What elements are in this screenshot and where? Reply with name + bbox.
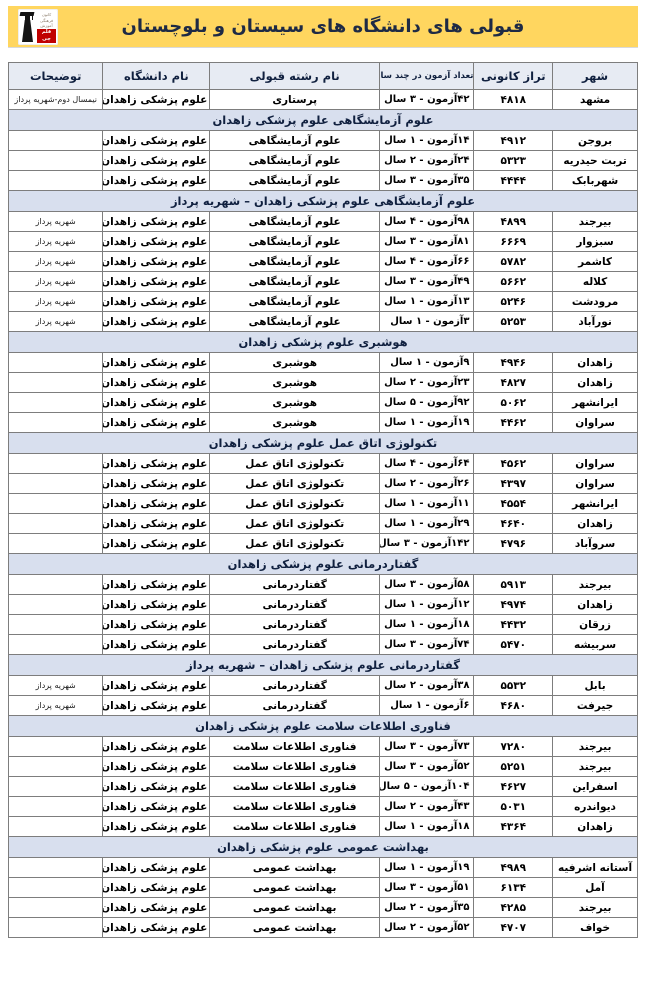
cell-university: علوم پزشکی زاهدان	[103, 918, 210, 938]
cell-city: بیرجند	[553, 757, 638, 777]
cell-note	[9, 797, 103, 817]
cell-exams: ۴۲آزمون - ۳ سال	[380, 90, 474, 110]
cell-city: آمل	[553, 878, 638, 898]
cell-note	[9, 454, 103, 474]
cell-university: علوم پزشکی زاهدان	[103, 757, 210, 777]
cell-score: ۵۷۸۲	[474, 252, 553, 272]
cell-exams: ۲۶آزمون - ۲ سال	[380, 474, 474, 494]
cell-major: فناوری اطلاعات سلامت	[210, 817, 380, 837]
section-title: تکنولوژی اتاق عمل علوم پزشکی زاهدان	[9, 433, 638, 454]
cell-city: نورآباد	[553, 312, 638, 332]
cell-note	[9, 595, 103, 615]
cell-major: بهداشت عمومی	[210, 878, 380, 898]
cell-major: علوم آزمایشگاهی	[210, 312, 380, 332]
cell-score: ۴۷۹۶	[474, 534, 553, 554]
column-header: تعداد آزمون در چند سال	[380, 63, 474, 90]
section-header-row: گفتاردرمانی علوم پزشکی زاهدان – شهریه پر…	[9, 655, 638, 676]
table-row: خواف۴۷۰۷۵۲آزمون - ۲ سالبهداشت عمومیعلوم …	[9, 918, 638, 938]
graduate-icon	[20, 11, 35, 43]
table-row: زاهدان۴۶۴۰۲۹آزمون - ۱ سالتکنولوژی اتاق ع…	[9, 514, 638, 534]
cell-exams: ۱۹آزمون - ۱ سال	[380, 413, 474, 433]
cell-major: علوم آزمایشگاهی	[210, 171, 380, 191]
cell-exams: ۸۱آزمون - ۳ سال	[380, 232, 474, 252]
cell-note	[9, 817, 103, 837]
section-title: گفتاردرمانی علوم پزشکی زاهدان	[9, 554, 638, 575]
cell-city: بیرجند	[553, 898, 638, 918]
cell-university: علوم پزشکی زاهدان	[103, 797, 210, 817]
table-row: کلاله۵۶۶۲۴۹آزمون - ۳ سالعلوم آزمایشگاهیع…	[9, 272, 638, 292]
table-row: شهربابک۴۴۴۴۳۵آزمون - ۳ سالعلوم آزمایشگاه…	[9, 171, 638, 191]
cell-major: فناوری اطلاعات سلامت	[210, 777, 380, 797]
cell-score: ۷۲۸۰	[474, 737, 553, 757]
cell-university: علوم پزشکی زاهدان	[103, 413, 210, 433]
cell-exams: ۶آزمون - ۱ سال	[380, 696, 474, 716]
cell-university: علوم پزشکی زاهدان	[103, 151, 210, 171]
cell-note	[9, 575, 103, 595]
cell-city: بابل	[553, 676, 638, 696]
cell-city: سراوان	[553, 474, 638, 494]
cell-note	[9, 373, 103, 393]
cell-note	[9, 777, 103, 797]
cell-note	[9, 413, 103, 433]
section-header-row: هوشبری علوم پزشکی زاهدان	[9, 332, 638, 353]
cell-major: علوم آزمایشگاهی	[210, 151, 380, 171]
cell-exams: ۱۰۴آزمون - ۵ سال	[380, 777, 474, 797]
cell-city: کلاله	[553, 272, 638, 292]
cell-city: زاهدان	[553, 514, 638, 534]
logo-text-red: قلم چی	[37, 29, 56, 43]
cell-city: زاهدان	[553, 373, 638, 393]
cell-note: شهریه پرداز	[9, 696, 103, 716]
cell-score: ۶۶۶۹	[474, 232, 553, 252]
kanoon-logo: کانون فرهنگی آموزش قلم چی	[18, 9, 58, 45]
cell-exams: ۵۱آزمون - ۳ سال	[380, 878, 474, 898]
table-row: سربیشه۵۴۷۰۷۴آزمون - ۳ سالگفتاردرمانیعلوم…	[9, 635, 638, 655]
cell-university: علوم پزشکی زاهدان	[103, 534, 210, 554]
cell-city: زاهدان	[553, 353, 638, 373]
cell-city: بروجن	[553, 131, 638, 151]
cell-university: علوم پزشکی زاهدان	[103, 353, 210, 373]
cell-score: ۴۴۳۲	[474, 615, 553, 635]
cell-university: علوم پزشکی زاهدان	[103, 494, 210, 514]
cell-major: پرستاری	[210, 90, 380, 110]
table-row: سراوان۴۴۶۲۱۹آزمون - ۱ سالهوشبریعلوم پزشک…	[9, 413, 638, 433]
cell-city: ایرانشهر	[553, 494, 638, 514]
cell-note	[9, 635, 103, 655]
cell-note	[9, 898, 103, 918]
cell-university: علوم پزشکی زاهدان	[103, 373, 210, 393]
cell-major: گفتاردرمانی	[210, 615, 380, 635]
page: کانون فرهنگی آموزش قلم چی قبولی های دانش…	[8, 6, 638, 938]
cell-city: سراوان	[553, 454, 638, 474]
cell-city: ایرانشهر	[553, 393, 638, 413]
page-title: قبولی های دانشگاه های سیستان و بلوچستان	[122, 16, 525, 37]
cell-exams: ۱۴۲آزمون - ۳ سال	[380, 534, 474, 554]
table-row: دیواندره۵۰۳۱۴۳آزمون - ۲ سالفناوری اطلاعا…	[9, 797, 638, 817]
cell-university: علوم پزشکی زاهدان	[103, 252, 210, 272]
cell-exams: ۳۵آزمون - ۳ سال	[380, 171, 474, 191]
cell-score: ۴۹۱۲	[474, 131, 553, 151]
cell-city: سراوان	[553, 413, 638, 433]
cell-score: ۴۸۲۷	[474, 373, 553, 393]
cell-university: علوم پزشکی زاهدان	[103, 696, 210, 716]
cell-exams: ۹۲آزمون - ۵ سال	[380, 393, 474, 413]
table-row: بیرجند۴۸۹۹۹۸آزمون - ۴ سالعلوم آزمایشگاهی…	[9, 212, 638, 232]
cell-score: ۵۰۶۲	[474, 393, 553, 413]
table-row: نورآباد۵۲۵۳۳آزمون - ۱ سالعلوم آزمایشگاهی…	[9, 312, 638, 332]
table-header-row: شهرتراز کانونیتعداد آزمون در چند سالنام …	[9, 63, 638, 90]
table-row: زاهدان۴۳۶۴۱۸آزمون - ۱ سالفناوری اطلاعات …	[9, 817, 638, 837]
cell-major: هوشبری	[210, 353, 380, 373]
section-header-row: فناوری اطلاعات سلامت علوم پزشکی زاهدان	[9, 716, 638, 737]
cell-score: ۴۹۴۶	[474, 353, 553, 373]
table-wrap: شهرتراز کانونیتعداد آزمون در چند سالنام …	[8, 62, 638, 938]
cell-note	[9, 151, 103, 171]
cell-note: شهریه پرداز	[9, 292, 103, 312]
cell-score: ۴۳۹۷	[474, 474, 553, 494]
table-row: اسفراین۴۶۲۷۱۰۴آزمون - ۵ سالفناوری اطلاعا…	[9, 777, 638, 797]
cell-major: هوشبری	[210, 413, 380, 433]
cell-major: هوشبری	[210, 393, 380, 413]
column-header: توضیحات	[9, 63, 103, 90]
section-title: فناوری اطلاعات سلامت علوم پزشکی زاهدان	[9, 716, 638, 737]
table-row: کاشمر۵۷۸۲۶۶آزمون - ۴ سالعلوم آزمایشگاهیع…	[9, 252, 638, 272]
cell-score: ۴۵۶۲	[474, 454, 553, 474]
cell-city: زاهدان	[553, 817, 638, 837]
cell-exams: ۵۲آزمون - ۳ سال	[380, 757, 474, 777]
cell-note	[9, 858, 103, 878]
cell-score: ۴۸۹۹	[474, 212, 553, 232]
cell-city: کاشمر	[553, 252, 638, 272]
cell-university: علوم پزشکی زاهدان	[103, 737, 210, 757]
cell-exams: ۱۴آزمون - ۱ سال	[380, 131, 474, 151]
cell-note	[9, 353, 103, 373]
cell-city: زاهدان	[553, 595, 638, 615]
table-row: سراوان۴۳۹۷۲۶آزمون - ۲ سالتکنولوژی اتاق ع…	[9, 474, 638, 494]
cell-university: علوم پزشکی زاهدان	[103, 858, 210, 878]
cell-note	[9, 757, 103, 777]
cell-score: ۵۳۲۳	[474, 151, 553, 171]
section-title: گفتاردرمانی علوم پزشکی زاهدان – شهریه پر…	[9, 655, 638, 676]
cell-note	[9, 918, 103, 938]
cell-major: هوشبری	[210, 373, 380, 393]
cell-university: علوم پزشکی زاهدان	[103, 272, 210, 292]
cell-score: ۴۸۱۸	[474, 90, 553, 110]
cell-major: علوم آزمایشگاهی	[210, 232, 380, 252]
cell-score: ۵۲۵۱	[474, 757, 553, 777]
table-row: بیرجند۷۲۸۰۷۳آزمون - ۳ سالفناوری اطلاعات …	[9, 737, 638, 757]
cell-exams: ۶۴آزمون - ۴ سال	[380, 454, 474, 474]
table-row: مرودشت۵۲۴۶۱۳آزمون - ۱ سالعلوم آزمایشگاهی…	[9, 292, 638, 312]
cell-city: خواف	[553, 918, 638, 938]
cell-university: علوم پزشکی زاهدان	[103, 292, 210, 312]
cell-university: علوم پزشکی زاهدان	[103, 595, 210, 615]
cell-major: تکنولوژی اتاق عمل	[210, 514, 380, 534]
cell-city: بیرجند	[553, 575, 638, 595]
cell-university: علوم پزشکی زاهدان	[103, 898, 210, 918]
cell-major: علوم آزمایشگاهی	[210, 131, 380, 151]
cell-major: فناوری اطلاعات سلامت	[210, 737, 380, 757]
cell-exams: ۵۲آزمون - ۲ سال	[380, 918, 474, 938]
cell-note: شهریه پرداز	[9, 272, 103, 292]
cell-note: نیمسال دوم-شهریه پرداز	[9, 90, 103, 110]
cell-score: ۵۶۶۲	[474, 272, 553, 292]
table-row: سروآباد۴۷۹۶۱۴۲آزمون - ۳ سالتکنولوژی اتاق…	[9, 534, 638, 554]
cell-exams: ۳۸آزمون - ۲ سال	[380, 676, 474, 696]
table-row: سبزوار۶۶۶۹۸۱آزمون - ۳ سالعلوم آزمایشگاهی…	[9, 232, 638, 252]
cell-exams: ۲۳آزمون - ۲ سال	[380, 373, 474, 393]
cell-university: علوم پزشکی زاهدان	[103, 575, 210, 595]
cell-note	[9, 494, 103, 514]
cell-score: ۵۹۱۳	[474, 575, 553, 595]
logo-text: کانون فرهنگی آموزش	[37, 12, 56, 28]
cell-exams: ۱۳آزمون - ۱ سال	[380, 292, 474, 312]
cell-score: ۶۱۳۴	[474, 878, 553, 898]
cell-major: گفتاردرمانی	[210, 676, 380, 696]
cell-city: شهربابک	[553, 171, 638, 191]
cell-city: سربیشه	[553, 635, 638, 655]
table-row: سراوان۴۵۶۲۶۴آزمون - ۴ سالتکنولوژی اتاق ع…	[9, 454, 638, 474]
cell-note	[9, 737, 103, 757]
cell-score: ۴۶۲۷	[474, 777, 553, 797]
cell-university: علوم پزشکی زاهدان	[103, 676, 210, 696]
cell-score: ۵۵۳۲	[474, 676, 553, 696]
cell-note	[9, 171, 103, 191]
cell-exams: ۳۵آزمون - ۲ سال	[380, 898, 474, 918]
cell-major: علوم آزمایشگاهی	[210, 292, 380, 312]
cell-university: علوم پزشکی زاهدان	[103, 393, 210, 413]
table-row: بروجن۴۹۱۲۱۴آزمون - ۱ سالعلوم آزمایشگاهیع…	[9, 131, 638, 151]
table-row: زاهدان۴۸۲۷۲۳آزمون - ۲ سالهوشبریعلوم پزشک…	[9, 373, 638, 393]
cell-university: علوم پزشکی زاهدان	[103, 232, 210, 252]
cell-university: علوم پزشکی زاهدان	[103, 474, 210, 494]
cell-score: ۵۰۳۱	[474, 797, 553, 817]
table-row: زاهدان۴۹۷۴۱۲آزمون - ۱ سالگفتاردرمانیعلوم…	[9, 595, 638, 615]
cell-exams: ۱۹آزمون - ۱ سال	[380, 858, 474, 878]
cell-exams: ۹آزمون - ۱ سال	[380, 353, 474, 373]
cell-city: بیرجند	[553, 737, 638, 757]
cell-exams: ۶۶آزمون - ۴ سال	[380, 252, 474, 272]
table-row: آمل۶۱۳۴۵۱آزمون - ۳ سالبهداشت عمومیعلوم پ…	[9, 878, 638, 898]
cell-university: علوم پزشکی زاهدان	[103, 90, 210, 110]
table-row: زرقان۴۴۳۲۱۸آزمون - ۱ سالگفتاردرمانیعلوم …	[9, 615, 638, 635]
cell-score: ۴۹۸۹	[474, 858, 553, 878]
cell-score: ۴۶۸۰	[474, 696, 553, 716]
cell-exams: ۱۱آزمون - ۱ سال	[380, 494, 474, 514]
cell-city: اسفراین	[553, 777, 638, 797]
cell-university: علوم پزشکی زاهدان	[103, 171, 210, 191]
column-header: شهر	[553, 63, 638, 90]
cell-note: شهریه پرداز	[9, 252, 103, 272]
section-header-row: بهداشت عمومی علوم پزشکی زاهدان	[9, 837, 638, 858]
cell-note: شهریه پرداز	[9, 676, 103, 696]
table-body: مشهد۴۸۱۸۴۲آزمون - ۳ سالپرستاریعلوم پزشکی…	[9, 90, 638, 938]
cell-city: بیرجند	[553, 212, 638, 232]
table-row: جیرفت۴۶۸۰۶آزمون - ۱ سالگفتاردرمانیعلوم پ…	[9, 696, 638, 716]
cell-score: ۴۵۵۴	[474, 494, 553, 514]
cell-exams: ۲۴آزمون - ۲ سال	[380, 151, 474, 171]
table-row: ایرانشهر۵۰۶۲۹۲آزمون - ۵ سالهوشبریعلوم پز…	[9, 393, 638, 413]
cell-note: شهریه پرداز	[9, 212, 103, 232]
cell-university: علوم پزشکی زاهدان	[103, 635, 210, 655]
cell-major: گفتاردرمانی	[210, 575, 380, 595]
cell-exams: ۳آزمون - ۱ سال	[380, 312, 474, 332]
cell-university: علوم پزشکی زاهدان	[103, 878, 210, 898]
cell-exams: ۹۸آزمون - ۴ سال	[380, 212, 474, 232]
cell-university: علوم پزشکی زاهدان	[103, 817, 210, 837]
cell-city: مرودشت	[553, 292, 638, 312]
cell-exams: ۷۴آزمون - ۳ سال	[380, 635, 474, 655]
cell-major: علوم آزمایشگاهی	[210, 252, 380, 272]
cell-score: ۵۲۴۶	[474, 292, 553, 312]
column-header: تراز کانونی	[474, 63, 553, 90]
section-title: هوشبری علوم پزشکی زاهدان	[9, 332, 638, 353]
cell-score: ۴۴۶۲	[474, 413, 553, 433]
section-header-row: علوم آزمایشگاهی علوم پزشکی زاهدان	[9, 110, 638, 131]
cell-note	[9, 393, 103, 413]
cell-exams: ۱۸آزمون - ۱ سال	[380, 615, 474, 635]
cell-major: بهداشت عمومی	[210, 858, 380, 878]
cell-score: ۴۹۷۴	[474, 595, 553, 615]
section-header-row: تکنولوژی اتاق عمل علوم پزشکی زاهدان	[9, 433, 638, 454]
cell-city: آستانه اشرفیه	[553, 858, 638, 878]
cell-major: تکنولوژی اتاق عمل	[210, 534, 380, 554]
cell-city: جیرفت	[553, 696, 638, 716]
section-header-row: علوم آزمایشگاهی علوم پزشکی زاهدان – شهری…	[9, 191, 638, 212]
table-row: ایرانشهر۴۵۵۴۱۱آزمون - ۱ سالتکنولوژی اتاق…	[9, 494, 638, 514]
table-row: بیرجند۵۹۱۳۵۸آزمون - ۳ سالگفتاردرمانیعلوم…	[9, 575, 638, 595]
cell-note	[9, 474, 103, 494]
cell-score: ۴۶۴۰	[474, 514, 553, 534]
cell-exams: ۱۸آزمون - ۱ سال	[380, 817, 474, 837]
cell-city: مشهد	[553, 90, 638, 110]
cell-university: علوم پزشکی زاهدان	[103, 131, 210, 151]
cell-note	[9, 131, 103, 151]
cell-score: ۵۲۵۳	[474, 312, 553, 332]
cell-university: علوم پزشکی زاهدان	[103, 212, 210, 232]
section-title: علوم آزمایشگاهی علوم پزشکی زاهدان	[9, 110, 638, 131]
cell-major: گفتاردرمانی	[210, 635, 380, 655]
cell-note: شهریه پرداز	[9, 312, 103, 332]
cell-major: بهداشت عمومی	[210, 898, 380, 918]
cell-score: ۴۳۶۴	[474, 817, 553, 837]
table-row: بیرجند۴۲۸۵۳۵آزمون - ۲ سالبهداشت عمومیعلو…	[9, 898, 638, 918]
cell-university: علوم پزشکی زاهدان	[103, 312, 210, 332]
table-row: بیرجند۵۲۵۱۵۲آزمون - ۳ سالفناوری اطلاعات …	[9, 757, 638, 777]
cell-university: علوم پزشکی زاهدان	[103, 615, 210, 635]
cell-exams: ۱۲آزمون - ۱ سال	[380, 595, 474, 615]
cell-major: علوم آزمایشگاهی	[210, 272, 380, 292]
cell-score: ۴۴۴۴	[474, 171, 553, 191]
cell-university: علوم پزشکی زاهدان	[103, 777, 210, 797]
cell-note	[9, 878, 103, 898]
cell-note	[9, 534, 103, 554]
cell-city: تربت حیدریه	[553, 151, 638, 171]
cell-major: تکنولوژی اتاق عمل	[210, 454, 380, 474]
section-header-row: گفتاردرمانی علوم پزشکی زاهدان	[9, 554, 638, 575]
table-row: بابل۵۵۳۲۳۸آزمون - ۲ سالگفتاردرمانیعلوم پ…	[9, 676, 638, 696]
cell-city: دیواندره	[553, 797, 638, 817]
cell-city: سروآباد	[553, 534, 638, 554]
table-row: زاهدان۴۹۴۶۹آزمون - ۱ سالهوشبریعلوم پزشکی…	[9, 353, 638, 373]
cell-note	[9, 615, 103, 635]
column-header: نام دانشگاه	[103, 63, 210, 90]
cell-exams: ۴۳آزمون - ۲ سال	[380, 797, 474, 817]
cell-major: فناوری اطلاعات سلامت	[210, 797, 380, 817]
cell-major: فناوری اطلاعات سلامت	[210, 757, 380, 777]
cell-university: علوم پزشکی زاهدان	[103, 454, 210, 474]
cell-exams: ۷۳آزمون - ۳ سال	[380, 737, 474, 757]
title-banner: کانون فرهنگی آموزش قلم چی قبولی های دانش…	[8, 6, 638, 48]
cell-score: ۵۴۷۰	[474, 635, 553, 655]
cell-major: تکنولوژی اتاق عمل	[210, 474, 380, 494]
cell-score: ۴۷۰۷	[474, 918, 553, 938]
cell-city: زرقان	[553, 615, 638, 635]
cell-note: شهریه پرداز	[9, 232, 103, 252]
cell-major: گفتاردرمانی	[210, 595, 380, 615]
table-row: مشهد۴۸۱۸۴۲آزمون - ۳ سالپرستاریعلوم پزشکی…	[9, 90, 638, 110]
cell-score: ۴۲۸۵	[474, 898, 553, 918]
cell-major: بهداشت عمومی	[210, 918, 380, 938]
cell-note	[9, 514, 103, 534]
cell-exams: ۲۹آزمون - ۱ سال	[380, 514, 474, 534]
cell-university: علوم پزشکی زاهدان	[103, 514, 210, 534]
section-title: بهداشت عمومی علوم پزشکی زاهدان	[9, 837, 638, 858]
cell-exams: ۵۸آزمون - ۳ سال	[380, 575, 474, 595]
cell-major: گفتاردرمانی	[210, 696, 380, 716]
logo-text-block: کانون فرهنگی آموزش قلم چی	[37, 11, 56, 43]
section-title: علوم آزمایشگاهی علوم پزشکی زاهدان – شهری…	[9, 191, 638, 212]
results-table: شهرتراز کانونیتعداد آزمون در چند سالنام …	[8, 62, 638, 938]
table-row: آستانه اشرفیه۴۹۸۹۱۹آزمون - ۱ سالبهداشت ع…	[9, 858, 638, 878]
cell-major: علوم آزمایشگاهی	[210, 212, 380, 232]
cell-major: تکنولوژی اتاق عمل	[210, 494, 380, 514]
table-row: تربت حیدریه۵۳۲۳۲۴آزمون - ۲ سالعلوم آزمای…	[9, 151, 638, 171]
cell-exams: ۴۹آزمون - ۳ سال	[380, 272, 474, 292]
cell-city: سبزوار	[553, 232, 638, 252]
column-header: نام رشته قبولی	[210, 63, 380, 90]
